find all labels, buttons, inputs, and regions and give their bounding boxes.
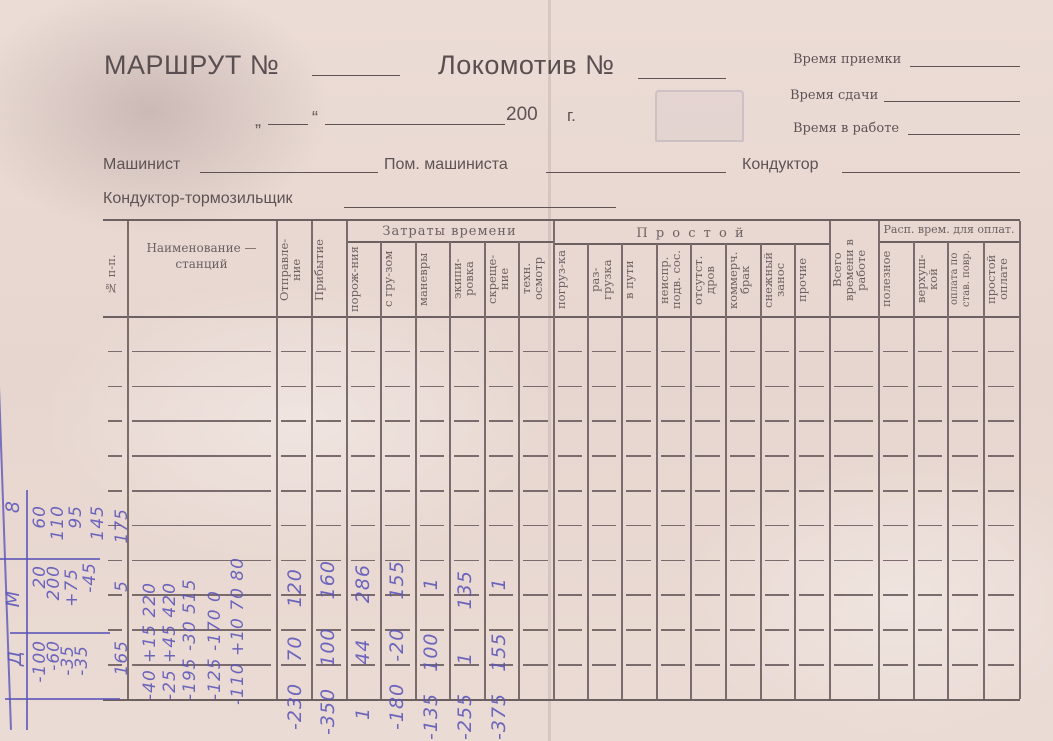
col-header-arrival: Прибытие (313, 228, 343, 312)
table-row-line (454, 386, 479, 388)
hw-text: -20 (386, 628, 408, 662)
table-row-line (695, 525, 720, 527)
hw-text: -375 (488, 693, 510, 740)
table-row-line (883, 490, 908, 492)
table-row-line (988, 594, 1014, 596)
table-row-line (765, 594, 789, 596)
table-row-line (626, 420, 651, 422)
table-row-line (918, 560, 942, 562)
table-row-line (351, 490, 375, 492)
table-row-line (834, 455, 873, 457)
table-row-line (558, 560, 582, 562)
table-row-line (281, 490, 306, 492)
driver-label: Машинист (103, 156, 180, 174)
table-row-line (132, 490, 271, 492)
time-handover-field[interactable] (884, 101, 1020, 102)
hw-text: М (2, 590, 24, 607)
table-row-line (695, 351, 720, 353)
hw-text: 1 (454, 652, 476, 665)
table-row-line (988, 490, 1014, 492)
table-row-line (834, 386, 873, 388)
time-accept-label: Время приемки (793, 52, 901, 67)
col-header-extra: верхуш-кой (915, 246, 945, 312)
table-row-line (132, 386, 271, 388)
table-row-line (316, 420, 341, 422)
table-row-line (952, 386, 978, 388)
table-header-bottom (103, 316, 1020, 318)
col-header-total: Всего времени в работе (831, 228, 876, 312)
table-row-line (799, 386, 824, 388)
table-row-line (558, 525, 582, 527)
hw-text: 44 (352, 638, 374, 664)
table-row-line (883, 560, 908, 562)
table-row-line (592, 386, 616, 388)
table-row-line (523, 525, 548, 527)
faint-stamp (655, 90, 744, 142)
table-row-line (385, 455, 410, 457)
pen-separator (5, 698, 120, 700)
table-top-border (103, 219, 1020, 221)
col-header-tech: техн. осмотр (520, 246, 550, 312)
hw-arrival: -350 100 160 (317, 510, 339, 735)
col-header-useful: полезное (880, 246, 910, 312)
table-row-line (132, 420, 271, 422)
table-row-line (799, 629, 824, 631)
table-row-line (695, 594, 720, 596)
table-row-line (281, 420, 306, 422)
table-row-line (108, 490, 122, 492)
time-accept-field[interactable] (910, 66, 1020, 67)
table-row-line (385, 420, 410, 422)
hw-loaded: -180 -20 155 (386, 505, 408, 730)
hw-margin-header: 8 (2, 500, 24, 513)
table-row-line (420, 455, 444, 457)
table-row-line (592, 629, 616, 631)
col-header-enroute: в пути (623, 248, 653, 312)
table-row-line (799, 594, 824, 596)
pen-separator (10, 632, 110, 634)
table-row-line (883, 386, 908, 388)
table-row-line (765, 386, 789, 388)
table-row-line (281, 455, 306, 457)
table-row-line (695, 629, 720, 631)
table-row-line (918, 525, 942, 527)
hw-station-line: -40 +15 220 (140, 510, 160, 700)
hw-value: -45 (80, 562, 100, 593)
hw-value: 5 (112, 580, 132, 592)
col-line (690, 244, 692, 699)
table-row-line (351, 420, 375, 422)
table-row-line (661, 420, 685, 422)
table-row-line (489, 386, 513, 388)
table-row-line (661, 629, 685, 631)
table-row-line (558, 386, 582, 388)
table-row-line (918, 420, 942, 422)
table-row-line (799, 420, 824, 422)
hw-margin-header: Д (4, 650, 26, 666)
group-idle: П р о с т о й (553, 226, 829, 241)
paper-fold (548, 0, 551, 741)
table-row-line (952, 629, 978, 631)
table-row-line (799, 560, 824, 562)
hw-text: 1 (352, 707, 374, 720)
table-row-line (489, 420, 513, 422)
table-row-line (834, 351, 873, 353)
date-quote-close: “ (312, 108, 318, 129)
pen-separator (0, 558, 100, 560)
table-row-line (695, 560, 720, 562)
table-row-line (952, 455, 978, 457)
table-row-line (626, 351, 651, 353)
table-row-line (730, 594, 755, 596)
col-line (127, 221, 129, 699)
table-row-line (952, 594, 978, 596)
table-row-line (799, 525, 824, 527)
table-row-line (799, 455, 824, 457)
table-row-line (558, 455, 582, 457)
hw-value: -35 (72, 645, 92, 676)
hw-station-line: -125 -170 0 (205, 510, 225, 700)
col-line (587, 244, 589, 699)
table-row-line (558, 629, 582, 631)
table-row-line (661, 455, 685, 457)
table-row-line (883, 629, 908, 631)
hw-text: 1 (488, 577, 510, 590)
hw-equipping: -255 1 135 (454, 505, 476, 740)
table-row-line (351, 386, 375, 388)
time-work-label: Время в работе (793, 121, 899, 136)
table-row-line (454, 490, 479, 492)
col-header-loading: погруз-ка (555, 248, 585, 312)
col-line (725, 244, 727, 699)
col-header-departure: Отправле-ние (278, 228, 308, 312)
table-row-line (454, 420, 479, 422)
table-row-line (108, 629, 122, 631)
table-row-line (626, 560, 651, 562)
hw-value: 95 (66, 505, 86, 529)
col-header-crossings: скреще-ние (486, 246, 516, 312)
table-row-line (558, 420, 582, 422)
table-row-line (558, 351, 582, 353)
table-row-line (918, 455, 942, 457)
table-row-line (420, 420, 444, 422)
col-header-equipping: экипи-ровка (451, 246, 481, 312)
table-row-line (108, 386, 122, 388)
col-header-faulty: неиспр. подв. сос. (658, 248, 688, 312)
table-row-line (281, 386, 306, 388)
table-row-line (523, 594, 548, 596)
table-row-line (661, 351, 685, 353)
hw-margin-header: М (2, 590, 24, 607)
table-row-line (952, 525, 978, 527)
date-month-field[interactable] (325, 124, 505, 125)
table-row-line (661, 490, 685, 492)
table-row-line (730, 420, 755, 422)
hw-value: +75 (62, 568, 82, 607)
year-prefix: 200 (506, 104, 538, 126)
table-row-line (918, 490, 942, 492)
table-row-line (765, 351, 789, 353)
hw-value: 145 (88, 505, 108, 540)
col-line (656, 244, 658, 699)
pen-margin-line (26, 490, 28, 730)
table-row-line (592, 525, 616, 527)
assistant-field[interactable] (546, 172, 726, 173)
table-row-line (988, 420, 1014, 422)
table-row-line (351, 351, 375, 353)
table-row-line (420, 386, 444, 388)
table-row-line (316, 386, 341, 388)
table-row-line (454, 351, 479, 353)
col-header-snow: снежный занос (762, 248, 792, 312)
table-row-line (695, 420, 720, 422)
hw-text: -255 (454, 693, 476, 740)
table-row-line (883, 525, 908, 527)
brakeman-field[interactable] (344, 207, 616, 208)
col-header-num: № п-п. (105, 240, 125, 310)
table-row-line (730, 490, 755, 492)
route-number-field[interactable] (312, 75, 400, 76)
hw-text: -180 (386, 683, 408, 730)
hw-value: 110 (48, 505, 68, 540)
table-row-line (523, 560, 548, 562)
hw-value: 200 (44, 565, 64, 600)
table-row-line (592, 351, 616, 353)
hw-value: 165 (112, 640, 132, 675)
table-row-line (765, 455, 789, 457)
table-row-line (132, 455, 271, 457)
hw-value: 60 (30, 505, 50, 529)
table-row-line (918, 386, 942, 388)
col-header-paid-repair: оплата по став. повр. (949, 246, 981, 312)
hw-text: 155 (386, 560, 408, 599)
table-row-line (523, 490, 548, 492)
table-row-line (626, 664, 651, 666)
table-row-line (730, 525, 755, 527)
table-row-line (918, 664, 942, 666)
hw-value: 175 (112, 508, 132, 543)
table-row-line (281, 351, 306, 353)
locomotive-title: Локомотив № (438, 50, 615, 81)
table-row-line (385, 351, 410, 353)
table-row-line (626, 455, 651, 457)
col-header-loaded: с гру-зом (382, 246, 412, 312)
table-row-line (316, 455, 341, 457)
group-payment: Расп. врем. для оплат. (878, 223, 1020, 236)
hw-text: 70 (284, 636, 306, 662)
table-row-line (592, 455, 616, 457)
table-row-line (592, 560, 616, 562)
table-row-line (765, 525, 789, 527)
hw-empty: 1 44 286 (352, 510, 374, 720)
hw-crossings: -375 155 1 (488, 510, 510, 740)
date-quote-open: „ (255, 110, 261, 131)
col-header-idle-paid: простой оплате (985, 246, 1017, 312)
table-row-line (883, 455, 908, 457)
hw-station-line: -195 -30 515 (180, 510, 200, 700)
table-row-line (883, 420, 908, 422)
hw-text: 286 (352, 564, 374, 603)
table-row-line (108, 351, 122, 353)
table-row-line (988, 386, 1014, 388)
table-row-line (730, 664, 755, 666)
table-row-line (626, 386, 651, 388)
table-row-line (592, 420, 616, 422)
table-row-line (626, 490, 651, 492)
table-row-line (988, 664, 1014, 666)
locomotive-number-field[interactable] (638, 78, 726, 79)
hw-text: -350 (317, 688, 339, 735)
table-row-line (883, 594, 908, 596)
table-row-line (351, 455, 375, 457)
col-header-nowood: отсутст. дров (692, 248, 722, 312)
col-line (621, 244, 623, 699)
hw-text: 160 (317, 560, 339, 599)
table-row-line (316, 351, 341, 353)
table-row-line (952, 560, 978, 562)
table-row-line (558, 664, 582, 666)
table-row-line (523, 420, 548, 422)
hw-text: 100 (317, 627, 339, 666)
table-row-line (952, 420, 978, 422)
table-row-line (626, 594, 651, 596)
table-row-line (765, 560, 789, 562)
hw-text: 120 (284, 568, 306, 607)
table-row-line (834, 629, 873, 631)
table-row-line (730, 629, 755, 631)
table-row-line (952, 664, 978, 666)
hw-text: Д (4, 650, 26, 666)
col-header-other: прочие (796, 248, 826, 312)
table-row-line (730, 455, 755, 457)
col-header-empty: порож-ния (348, 246, 378, 312)
table-row-line (695, 664, 720, 666)
table-row-line (765, 420, 789, 422)
table-row-line (834, 560, 873, 562)
conductor-label: Кондуктор (742, 156, 819, 174)
table-row-line (316, 490, 341, 492)
table-row-line (523, 629, 548, 631)
time-work-field[interactable] (908, 134, 1020, 135)
group-time-costs: Затраты времени (346, 224, 553, 239)
table-row-line (108, 420, 122, 422)
table-row-line (883, 664, 908, 666)
table-row-line (695, 386, 720, 388)
table-row-line (765, 629, 789, 631)
table-row-line (661, 664, 685, 666)
table-row-line (918, 594, 942, 596)
table-row-line (834, 525, 873, 527)
table-row-line (661, 560, 685, 562)
table-row-line (523, 455, 548, 457)
table-row-line (523, 664, 548, 666)
table-row-line (626, 629, 651, 631)
table-row-line (420, 351, 444, 353)
assistant-label: Пом. машиниста (384, 156, 508, 174)
col-header-unloading: раз-грузка (589, 248, 619, 312)
col-header-maneuvers: маневры (417, 246, 447, 312)
col-line (760, 244, 762, 699)
hw-text: 100 (420, 632, 442, 671)
col-header-commercial: коммерч. брак (727, 248, 757, 312)
table-row-line (799, 664, 824, 666)
table-row-line (883, 351, 908, 353)
payment-underline (878, 241, 1020, 243)
table-row-line (918, 629, 942, 631)
col-line (1019, 221, 1021, 699)
table-row-line (592, 490, 616, 492)
table-row-line (730, 351, 755, 353)
table-row-line (952, 490, 978, 492)
table-row-line (695, 455, 720, 457)
table-row-line (834, 664, 873, 666)
date-day-field[interactable] (268, 124, 308, 125)
hw-text: -135 (420, 693, 442, 740)
table-row-line (385, 490, 410, 492)
table-row-line (385, 386, 410, 388)
table-row-line (834, 490, 873, 492)
table-row-line (454, 455, 479, 457)
hw-text: 135 (454, 570, 476, 609)
table-row-line (108, 455, 122, 457)
time-handover-label: Время сдачи (790, 88, 878, 103)
table-row-line (834, 594, 873, 596)
table-row-line (765, 490, 789, 492)
table-row-line (765, 664, 789, 666)
driver-field[interactable] (200, 172, 378, 173)
hw-station-line: -110 +10 70 80 (228, 505, 248, 705)
conductor-field[interactable] (842, 172, 1020, 173)
table-row-line (420, 490, 444, 492)
table-row-line (626, 525, 651, 527)
table-row-line (799, 490, 824, 492)
hw-text: 8 (2, 500, 24, 513)
hw-text: -230 (284, 683, 306, 730)
brakeman-label: Кондуктор-тормозильщик (103, 190, 293, 208)
table-row-line (661, 386, 685, 388)
table-row-line (489, 351, 513, 353)
table-row-line (592, 594, 616, 596)
table-row-line (695, 490, 720, 492)
hw-text: 155 (488, 632, 510, 671)
table-row-line (988, 629, 1014, 631)
table-row-line (558, 490, 582, 492)
table-row-line (523, 351, 548, 353)
table-row-line (558, 594, 582, 596)
table-row-line (108, 560, 122, 562)
table-row-line (988, 525, 1014, 527)
table-row-line (730, 386, 755, 388)
table-row-line (988, 455, 1014, 457)
table-row-line (661, 525, 685, 527)
route-title: МАРШРУТ № (104, 50, 279, 81)
table-row-line (918, 351, 942, 353)
table-row-line (132, 351, 271, 353)
col-header-station: Наименование — станций (127, 240, 276, 272)
hw-station-line: -25 +45 420 (160, 510, 180, 700)
table-row-line (988, 560, 1014, 562)
table-row-line (730, 560, 755, 562)
table-row-line (592, 664, 616, 666)
table-row-line (108, 594, 122, 596)
table-row-line (834, 420, 873, 422)
hw-maneuvers: -135 100 1 (420, 510, 442, 740)
table-row-line (523, 386, 548, 388)
table-row-line (952, 351, 978, 353)
table-row-line (489, 455, 513, 457)
hw-text: 1 (420, 577, 442, 590)
hw-departure: -230 70 120 (284, 510, 306, 730)
